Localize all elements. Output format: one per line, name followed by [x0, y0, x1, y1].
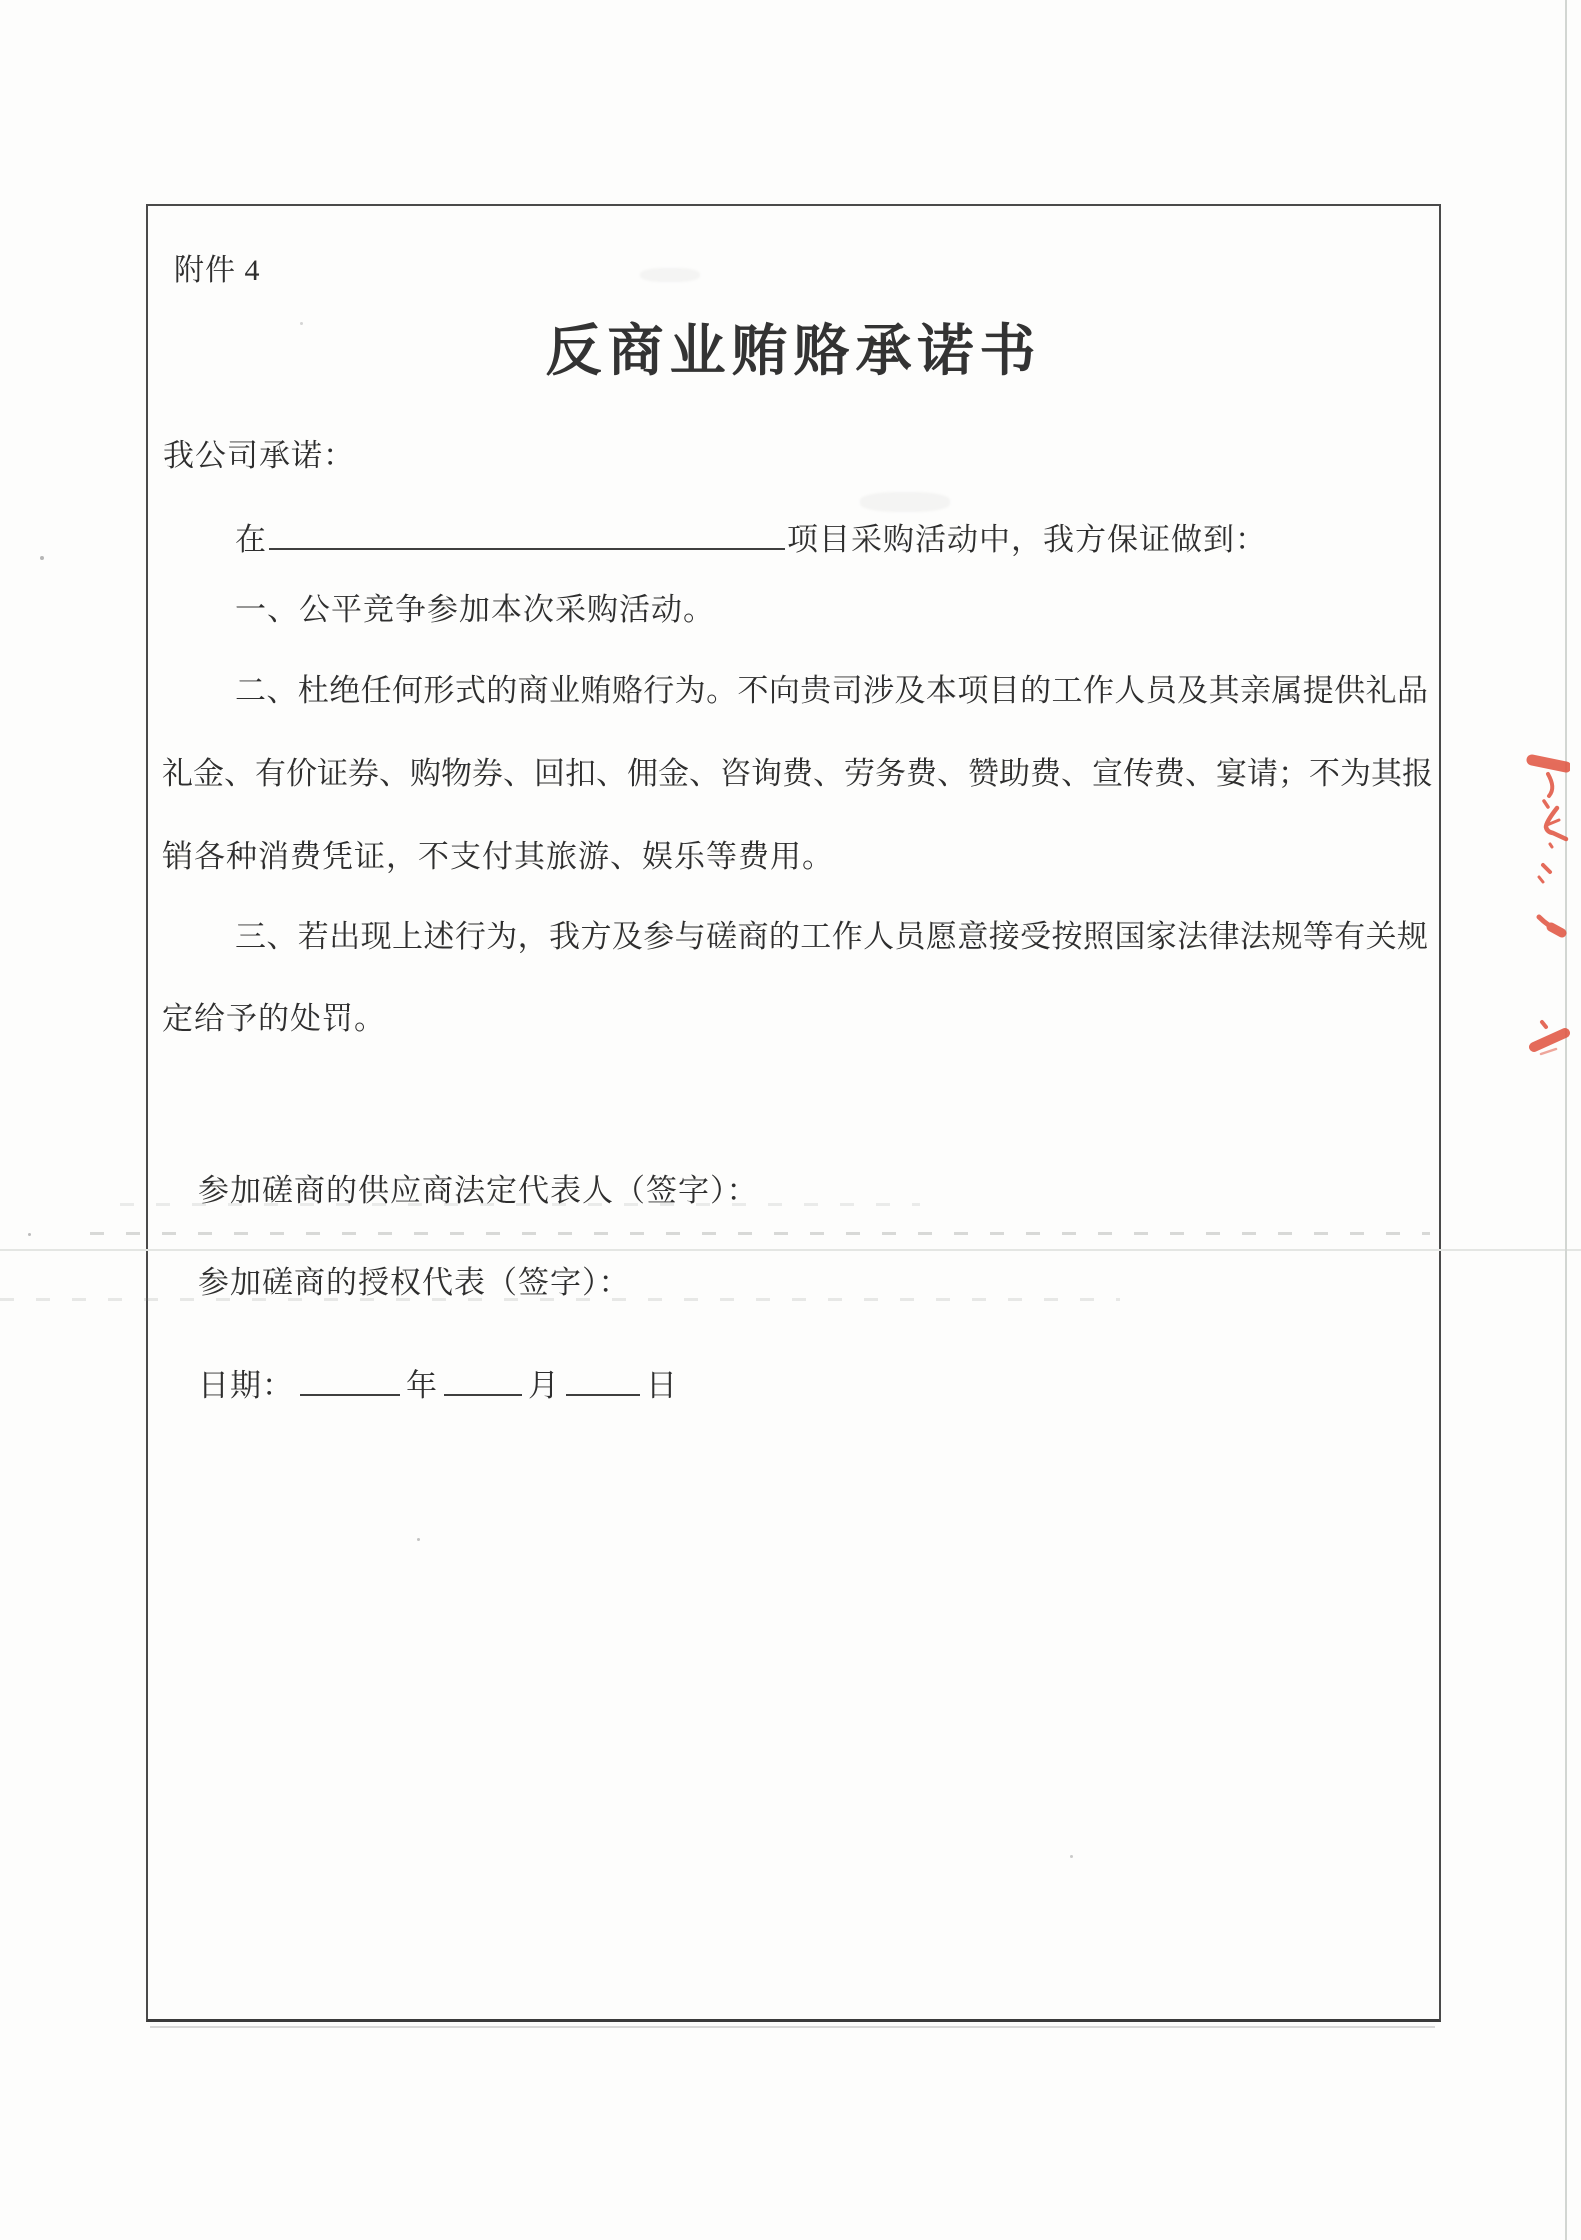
- date-label: 日期：: [198, 1368, 294, 1403]
- date-year-blank: [300, 1363, 400, 1396]
- scan-speck: [300, 322, 303, 325]
- scan-edge-line: [1565, 0, 1567, 2240]
- scan-streak-solid: [0, 1249, 1581, 1251]
- project-line-suffix: 项目采购活动中，我方保证做到：: [787, 522, 1267, 557]
- document-frame: [146, 204, 1441, 2022]
- para-two-line-3: 销各种消费凭证，不支付其旅游、娱乐等费用。: [162, 841, 834, 872]
- para-three-line-2: 定给予的处罚。: [162, 1003, 386, 1034]
- date-month-blank: [444, 1363, 522, 1396]
- scan-smudge: [640, 268, 700, 282]
- scan-speck: [417, 1538, 420, 1541]
- day-unit-label: 日: [646, 1368, 678, 1403]
- year-unit-label: 年: [406, 1368, 438, 1403]
- para-two-line-2: 礼金、有价证券、购物券、回扣、佣金、咨询费、劳务费、赞助费、宣传费、宴请；不为其…: [162, 758, 1428, 789]
- para-two-line-1: 二、杜绝任何形式的商业贿赂行为。不向贵司涉及本项目的工作人员及其亲属提供礼品: [235, 675, 1428, 706]
- project-line: 在项目采购活动中，我方保证做到：: [235, 517, 1267, 555]
- date-line: 日期：年月日: [198, 1363, 678, 1401]
- para-three-line-1: 三、若出现上述行为，我方及参与磋商的工作人员愿意接受按照国家法律法规等有关规: [235, 921, 1428, 952]
- scan-streak-dashed: [0, 1298, 1120, 1301]
- project-line-prefix: 在: [235, 522, 267, 557]
- date-day-blank: [566, 1363, 640, 1396]
- scan-streak-dashed: [120, 1203, 920, 1206]
- project-name-blank: [269, 517, 785, 550]
- frame-bottom-scan-echo: [150, 2026, 1435, 2028]
- scan-speck: [1070, 1855, 1073, 1858]
- red-ink-marks: [1500, 730, 1570, 1070]
- month-unit-label: 月: [528, 1368, 560, 1403]
- attachment-label: 附件 4: [174, 256, 261, 286]
- item-one-line: 一、公平竞争参加本次采购活动。: [235, 594, 715, 625]
- scan-streak-dashed: [90, 1232, 1430, 1235]
- scanned-document-page: 附件 4 反商业贿赂承诺书 我公司承诺： 在项目采购活动中，我方保证做到： 一、…: [0, 0, 1581, 2240]
- scan-speck: [28, 1233, 31, 1236]
- scan-smudge: [860, 492, 950, 512]
- intro-line: 我公司承诺：: [163, 440, 355, 471]
- signature-authorized-rep-line: 参加磋商的授权代表（签字）：: [198, 1267, 631, 1298]
- document-title: 反商业贿赂承诺书: [146, 324, 1441, 380]
- signature-legal-rep-line: 参加磋商的供应商法定代表人（签字）：: [198, 1175, 759, 1206]
- scan-speck: [40, 556, 44, 560]
